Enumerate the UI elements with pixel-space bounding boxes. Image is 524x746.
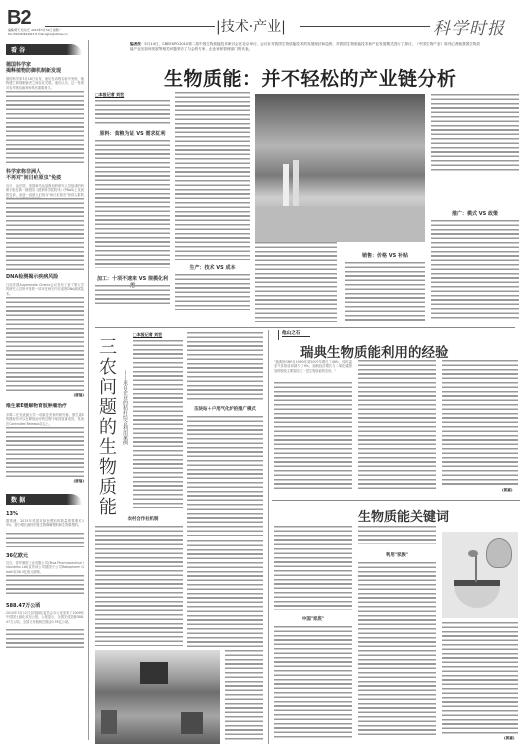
news-headline-3: DNA检测揭示疾病风险 <box>6 274 84 280</box>
news-body-2: 近日，由法国、美国和马达加斯加的研究人员组成的科研小组在新一期美国《国家科学院院… <box>6 184 84 198</box>
editor-note: 编者按：5月14日，CBEEXPO2010第二届中国生物质能技术研讨会在北京举行… <box>130 42 480 56</box>
sweden-source: (郭惠) <box>502 488 512 493</box>
column-divider-mid <box>268 330 269 744</box>
refinery-photo <box>255 94 425 242</box>
section-title: |技术·产业| <box>216 16 286 36</box>
col2-para2 <box>175 274 250 310</box>
sannong-char: 生 <box>99 437 117 458</box>
straw-bale <box>101 710 117 734</box>
data-value-2: 36亿欧元 <box>6 552 84 559</box>
data-body-2-lines <box>6 575 84 597</box>
left-column-divider <box>88 40 89 740</box>
straw-harvest-photo <box>95 650 220 744</box>
shell-lid <box>486 538 512 568</box>
main-byline: □本报记者 刘宏 <box>95 92 124 98</box>
subhead-raw-material: 原料：食粮为证 VS 需求紅利 <box>95 130 170 137</box>
col3-para1 <box>255 242 337 322</box>
sannong-char: 质 <box>99 477 117 498</box>
news-source-4: (唐福) <box>6 479 84 484</box>
main-article: □本报记者 刘宏 原料：食粮为证 VS 需求紅利 加工：十项不速来 VS 规模化… <box>95 92 520 322</box>
masthead: B2 编辑/郭天 校对/王 2010年5月31日 星期一 Tel:(010)82… <box>0 0 524 40</box>
sannong-col1-b <box>95 526 183 646</box>
subhead-promotion: 推广：模式 VS 政策 <box>431 210 519 217</box>
sannong-subhead-1: 压块站＋户用气化炉的推广模式 <box>187 406 263 412</box>
sweden-col1 <box>274 382 352 490</box>
sannong-subhead-2: 农村合作社机制 <box>105 516 181 522</box>
data-body-3: 2010年3月12日全国绿化委员会办公室发布了2009年中国国土绿化状况公报，公… <box>6 611 84 629</box>
sannong-subtitle: ——来自企业的秸秆综合利用案例 <box>122 370 128 445</box>
subhead-production: 生产：技术 VS 成本 <box>175 264 250 271</box>
sidebar-header-data: 数 据 <box>6 494 82 505</box>
col1-para2 <box>95 140 170 268</box>
seedling-stem <box>475 554 477 582</box>
news-body-3-lines <box>6 297 84 393</box>
page-code: B2 <box>7 7 31 30</box>
sannong-col2-c <box>187 540 263 650</box>
data-body-3-lines <box>6 629 84 651</box>
editor-note-text: ：5月14日，CBEEXPO2010第二届中国生物质能技术研讨会在北京举行，会议… <box>130 42 480 51</box>
sannong-char: 农 <box>99 357 117 378</box>
data-body-2: 近日，泰华制药工业有限公司(Teva Pharmaceutical Indust… <box>6 561 84 575</box>
subhead-sales: 销售：价格 VS 补贴 <box>345 252 425 259</box>
keywords-subhead-base: 中国"家底" <box>274 616 352 622</box>
col4-para1 <box>345 262 425 322</box>
seedling-leaf <box>468 550 478 557</box>
main-headline: 生物质能：并不轻松的产业链分析 <box>164 64 457 91</box>
keywords-col2-a <box>358 526 436 544</box>
refinery-base <box>255 206 425 242</box>
refinery-tower <box>293 160 299 212</box>
sweden-tag-rule <box>278 330 279 340</box>
sweden-lead: "瑞典的GNP从1990年到2007年增长了48%，同时温室气体排放却减少了9%… <box>274 360 352 382</box>
keywords-col1-b <box>274 626 352 738</box>
editor-note-label: 编者按 <box>130 42 141 46</box>
left-sidebar: 看 谷 德国科学家 揭释植物防御机制新发现 德国科学家3月16日宣布，他们在动物… <box>6 44 84 744</box>
refinery-tower <box>283 164 289 212</box>
news-headline-2: 科学家称非洲人 不再对"间日疟原虫"免疫 <box>6 169 84 181</box>
news-body-3: 日前法国Augmandre Chenie会议发布了爱丁堡大学的研究人员所开发的一… <box>6 283 84 297</box>
bowl-shape <box>454 580 500 608</box>
keywords-headline: 生物质能关键词 <box>358 506 449 525</box>
sannong-title: 三 农 问 题 的 生 物 质 能 <box>97 338 119 518</box>
sweden-col3 <box>442 360 518 486</box>
news-body-2-lines <box>6 198 84 270</box>
sannong-article: 三 农 问 题 的 生 物 质 能 ——来自企业的秸秆综合利用案例 □本报记者 … <box>95 330 265 744</box>
sannong-char: 题 <box>99 397 117 418</box>
section-divider <box>95 327 515 328</box>
data-body-1-lines <box>6 533 84 547</box>
sannong-col1 <box>133 340 183 508</box>
keywords-col2-b <box>358 562 436 738</box>
keywords-article: 生物质能关键词 利用"家族" 中国"家底" (郭惠) <box>272 504 520 744</box>
news-body-1: 德国科学家3月16日宣布，他们在动物实验中发现，植物遇亡和细胞衰老之间存在关联。… <box>6 77 84 91</box>
col1-para3 <box>95 285 170 307</box>
contact-line: Tel:(010)82614615 E-mail:zgkx@stimes.cn <box>8 32 68 36</box>
sannong-char: 物 <box>99 457 117 478</box>
data-value-3: 588.47万公顷 <box>6 602 84 609</box>
keywords-col1-a <box>274 526 352 610</box>
keywords-col3 <box>442 622 518 734</box>
straw-bale <box>181 712 203 734</box>
sannong-byline: □本报记者 刘宏 <box>133 332 162 338</box>
sweden-article: 他山之石 瑞典生物质能利用的经验 "瑞典的GNP从1990年到2007年增长了4… <box>272 330 520 500</box>
news-body-1-lines <box>6 91 84 163</box>
news-body-4: 多揭二在发表最大学一项新近发布的研究称，维生素E的摄取有可以在降低治疗的过程中取… <box>6 413 84 427</box>
news-body-4-lines <box>6 427 84 479</box>
paper-name-logo: 科学时报 <box>433 14 505 39</box>
news-source-3: (唐福) <box>6 393 84 398</box>
keywords-subhead-family: 利用"家族" <box>358 552 436 558</box>
news-headline-1: 德国科学家 揭释植物防御机制新发现 <box>6 62 84 74</box>
seedling-photo <box>442 532 518 618</box>
data-value-1: 13% <box>6 511 84 517</box>
truck-shape <box>140 662 168 684</box>
sannong-char: 能 <box>99 497 117 518</box>
sweden-col2 <box>358 360 436 492</box>
col1-para1 <box>95 100 170 126</box>
news-headline-4: 维生素E缓解物育肢肿瘤治疗 <box>6 404 84 410</box>
sannong-char: 的 <box>99 417 117 438</box>
sidebar-header-news: 看 谷 <box>6 44 82 55</box>
sannong-col2-b <box>187 416 263 536</box>
masthead-rule-right <box>300 26 430 27</box>
sannong-col2-d <box>225 650 263 742</box>
col5-para2 <box>431 220 519 320</box>
sannong-col2 <box>187 332 263 402</box>
sweden-tag: 他山之石 <box>282 330 310 337</box>
col2-para1 <box>175 92 250 260</box>
sannong-char: 问 <box>99 377 117 398</box>
keywords-source: (郭惠) <box>504 736 514 741</box>
sannong-char: 三 <box>99 337 117 358</box>
sweden-headline: 瑞典生物质能利用的经验 <box>300 341 449 361</box>
sweden-divider <box>272 500 520 501</box>
col5-para1 <box>431 94 519 172</box>
masthead-rule-left <box>45 26 215 27</box>
data-body-1: 据预测，2013年美国对绿色塑料的数量需要增长13%，其中增长最快的是生物降解塑… <box>6 519 84 533</box>
